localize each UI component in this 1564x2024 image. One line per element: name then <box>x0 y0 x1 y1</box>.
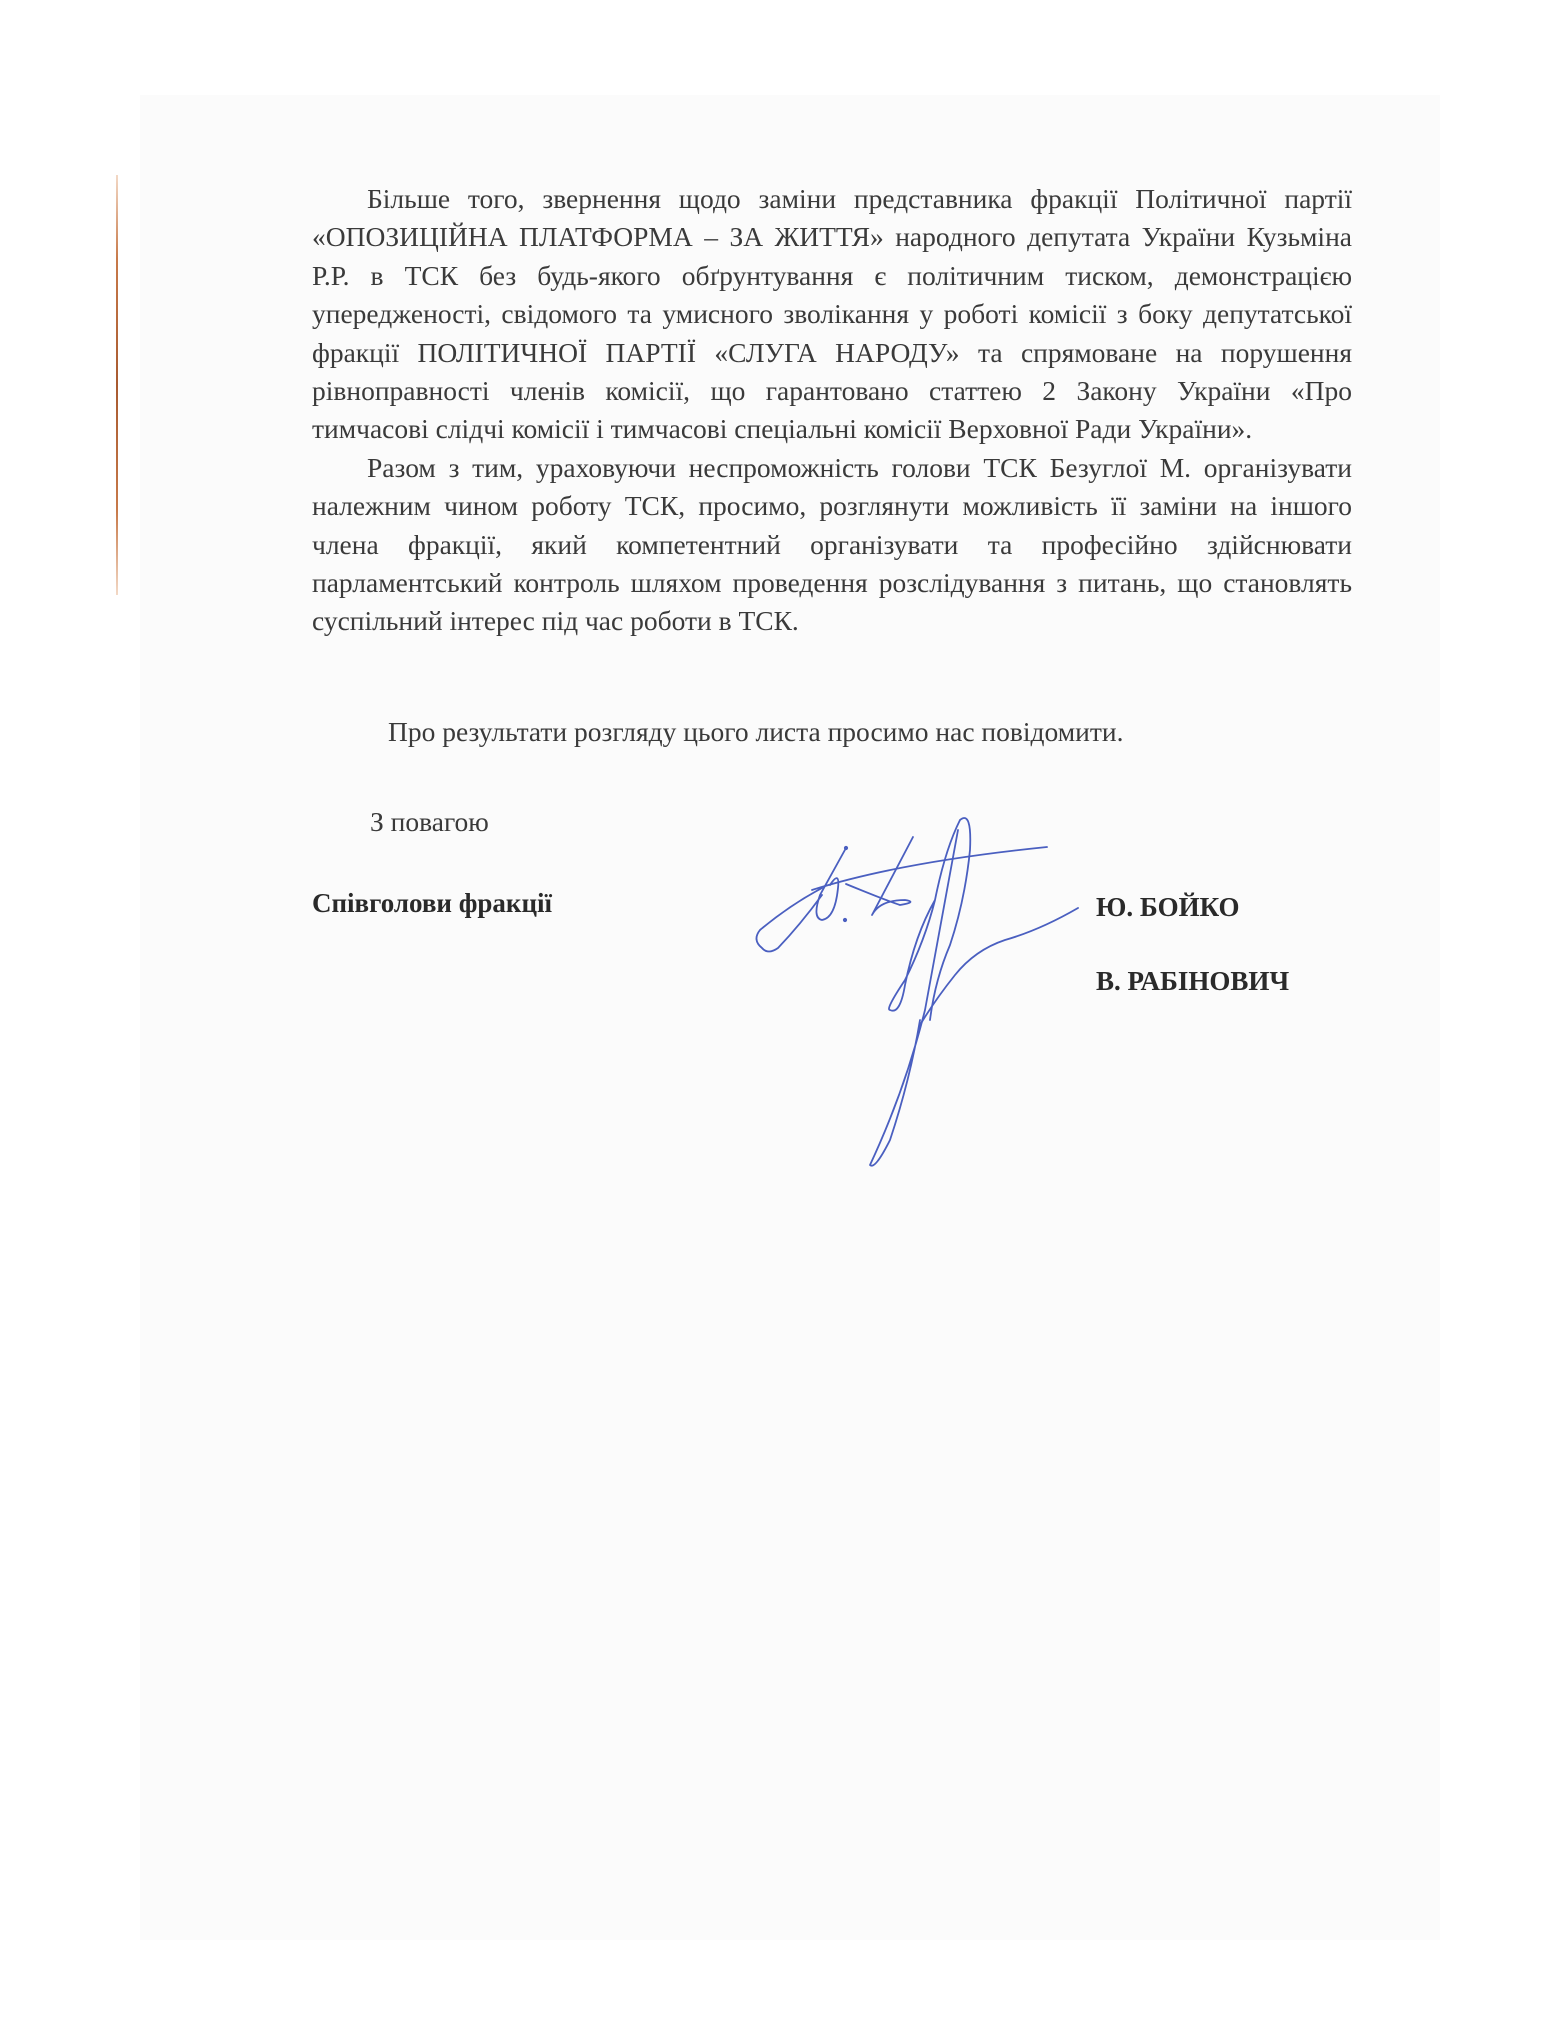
signer-name-boiko: Ю. БОЙКО <box>1096 888 1239 926</box>
signer-title: Співголови фракції <box>312 884 552 922</box>
letter-body: Більше того, звернення щодо заміни предс… <box>312 180 1352 641</box>
regards: З повагою <box>370 803 489 841</box>
page-edge-line <box>116 175 118 595</box>
paragraph: Разом з тим, ураховуючи неспроможність г… <box>312 449 1352 641</box>
paragraph: Більше того, звернення щодо заміни предс… <box>312 180 1352 449</box>
signer-name-rabinovych: В. РАБІНОВИЧ <box>1096 962 1289 1000</box>
closing-request: Про результати розгляду цього листа прос… <box>388 713 1123 751</box>
